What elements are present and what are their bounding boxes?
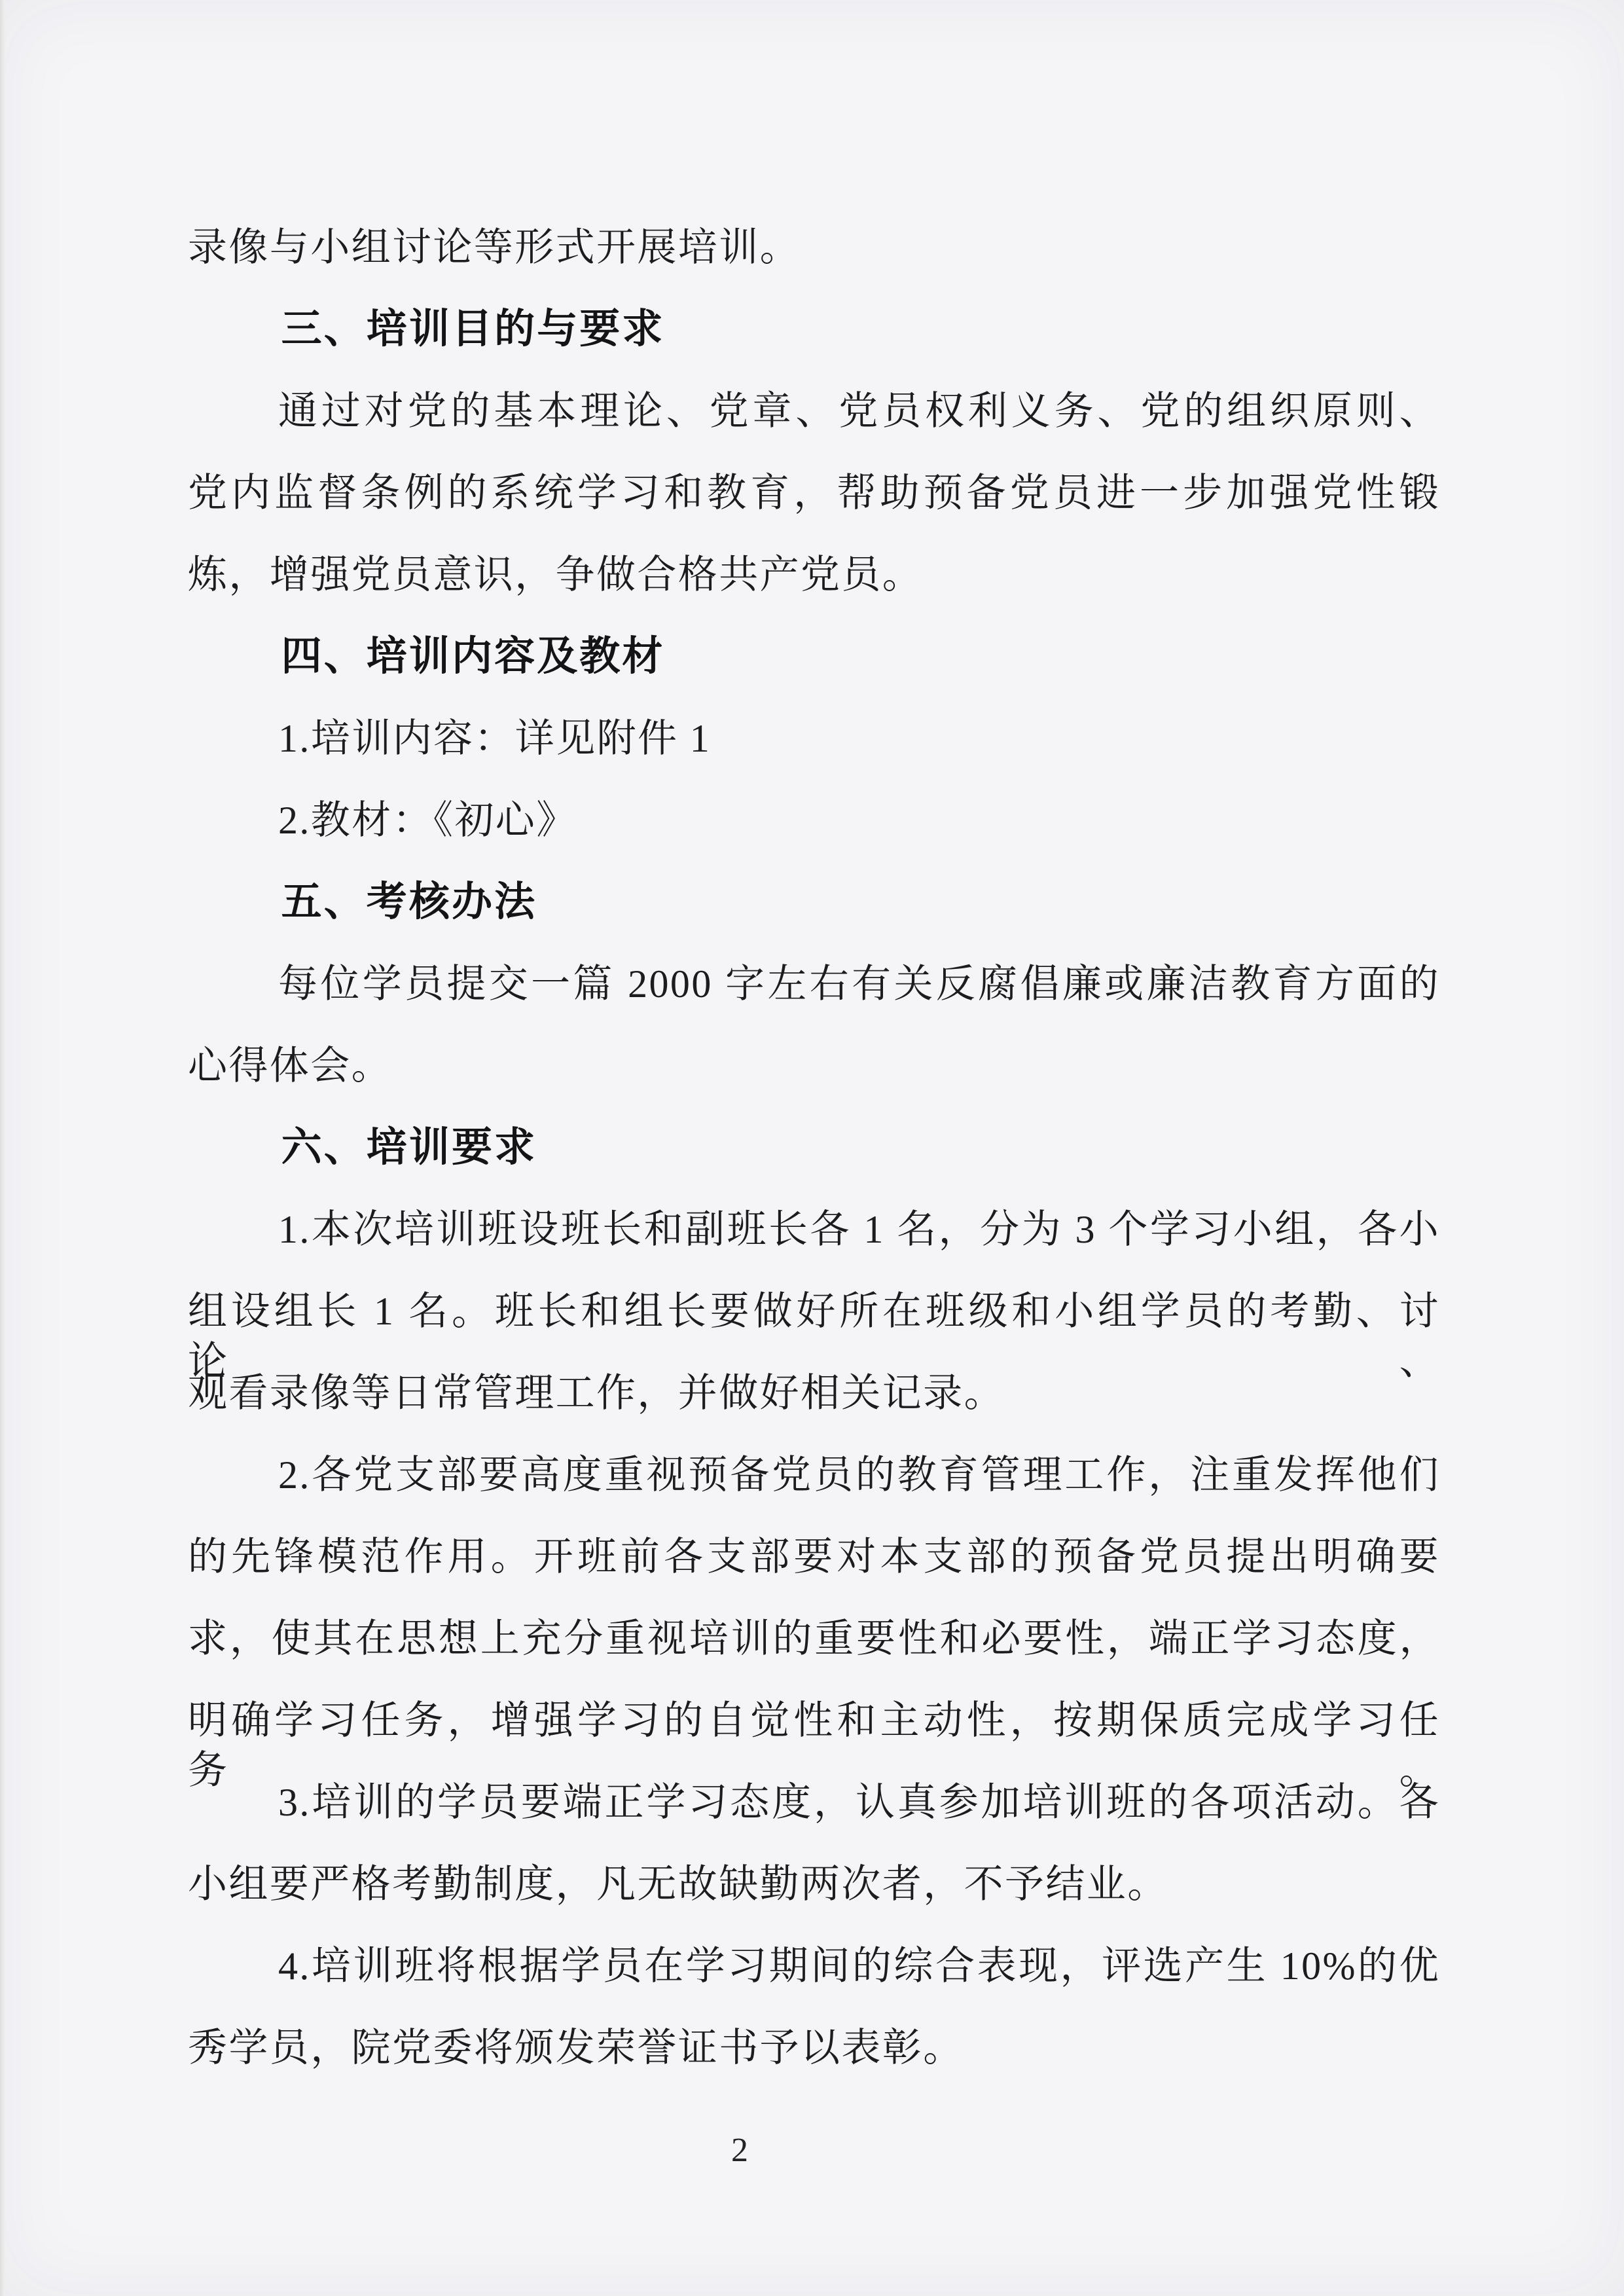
paragraph-line: 求，使其在思想上充分重视培训的重要性和必要性，端正学习态度，: [188, 1614, 1440, 1664]
section-heading-3: 三、培训目的与要求: [188, 304, 1440, 354]
section-heading-4: 四、培训内容及教材: [188, 632, 1440, 682]
paragraph-line: 观看录像等日常管理工作，并做好相关记录。: [188, 1368, 1440, 1418]
list-item-line: 1.培训内容：详见附件 1: [188, 714, 1440, 763]
paragraph-line: 心得体会。: [188, 1041, 1440, 1091]
paragraph-line: 炼，增强党员意识，争做合格共产党员。: [188, 550, 1440, 600]
paragraph-line: 1.本次培训班设班长和副班长各 1 名，分为 3 个学习小组，各小: [188, 1205, 1440, 1254]
list-item-line: 2.教材：《初心》: [188, 795, 1440, 845]
paragraph-line: 2.各党支部要高度重视预备党员的教育管理工作，注重发挥他们: [188, 1450, 1440, 1500]
paragraph-line: 小组要严格考勤制度，凡无故缺勤两次者，不予结业。: [188, 1859, 1440, 1909]
paragraph-line: 3.培训的学员要端正学习态度，认真参加培训班的各项活动。各: [188, 1777, 1440, 1827]
section-heading-5: 五、考核办法: [188, 877, 1440, 927]
paragraph-line: 4.培训班将根据学员在学习期间的综合表现，评选产生 10%的优: [188, 1941, 1440, 1991]
paragraph-line: 秀学员，院党委将颁发荣誉证书予以表彰。: [188, 2023, 1440, 2073]
document-page: 录像与小组讨论等形式开展培训。 三、培训目的与要求 通过对党的基本理论、党章、党…: [0, 0, 1624, 2296]
paragraph-line: 录像与小组讨论等形式开展培训。: [188, 223, 1440, 272]
paragraph-line: 每位学员提交一篇 2000 字左右有关反腐倡廉或廉洁教育方面的: [188, 959, 1440, 1009]
paragraph-line: 通过对党的基本理论、党章、党员权利义务、党的组织原则、: [188, 386, 1440, 436]
paragraph-line: 的先锋模范作用。开班前各支部要对本支部的预备党员提出明确要: [188, 1532, 1440, 1582]
scan-edge-shadow: [0, 0, 6, 2296]
page-number: 2: [694, 2131, 785, 2170]
section-heading-6: 六、培训要求: [188, 1123, 1440, 1173]
paragraph-line: 党内监督条例的系统学习和教育，帮助预备党员进一步加强党性锻: [188, 468, 1440, 518]
